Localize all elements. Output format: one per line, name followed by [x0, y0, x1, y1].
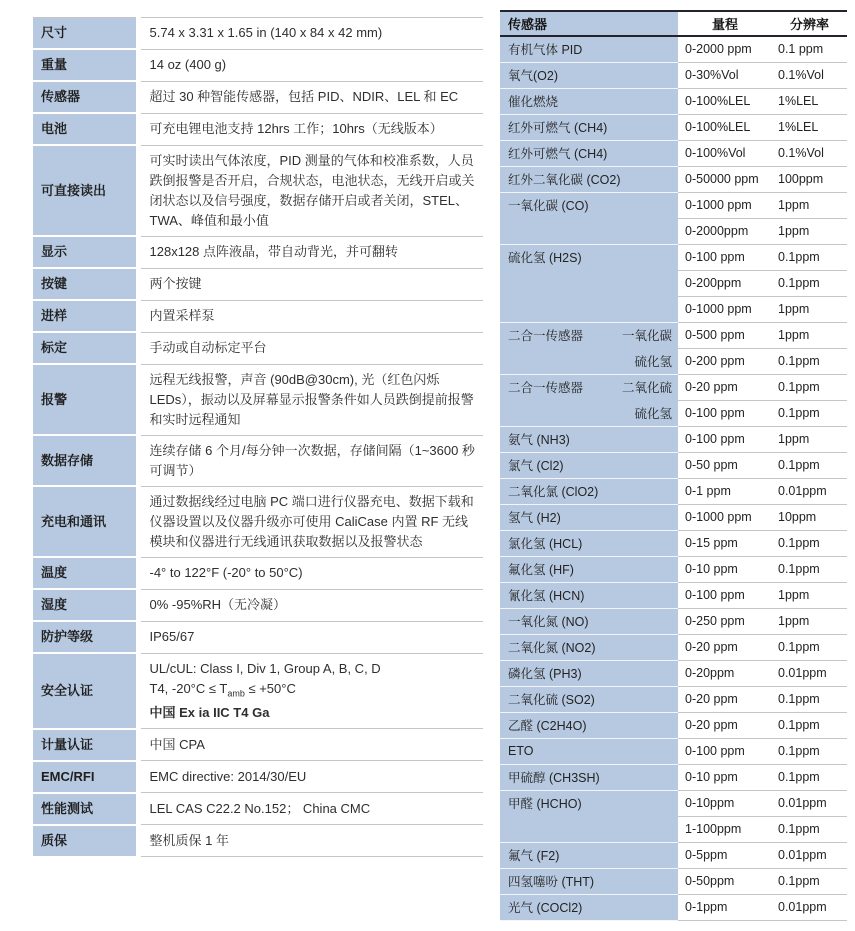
sensor-row: ETO0-100 ppm0.1ppm [500, 738, 847, 764]
sensor-resolution: 0.1ppm [772, 556, 847, 582]
sensor-sub-label: 硫化氢 [508, 352, 672, 370]
sensor-row: 二氧化氯 (ClO2)0-1 ppm0.01ppm [500, 478, 847, 504]
spec-row: 温度-4° to 122°F (-20° to 50°C) [33, 557, 483, 589]
spec-label: 传感器 [33, 81, 138, 113]
sensor-range: 1-100ppm [678, 816, 772, 842]
spec-row: 电池可充电锂电池支持 12hrs 工作；10hrs（无线版本） [33, 113, 483, 145]
sensor-row: 氰化氢 (HCN)0-100 ppm1ppm [500, 582, 847, 608]
sensor-row: 1-100ppm0.1ppm [500, 816, 847, 842]
spec-sheet-page: { "colors": { "cell_blue": "#b7c9e0", "s… [0, 0, 855, 931]
spec-row: 湿度0% -95%RH（无冷凝） [33, 589, 483, 621]
spec-value-line: UL/cUL: Class I, Div 1, Group A, B, C, D [150, 659, 480, 679]
spec-value: 整机质保 1 年 [138, 825, 483, 857]
sensor-resolution: 0.1ppm [772, 738, 847, 764]
spec-row: 质保整机质保 1 年 [33, 825, 483, 857]
sensor-name: 甲硫醇 (CH3SH) [500, 764, 678, 790]
spec-row: 数据存储连续存储 6 个月/每分钟一次数据，存储间隔（1~3600 秒可调节） [33, 435, 483, 486]
sensor-range: 0-20 ppm [678, 374, 772, 400]
sensor-range: 0-50000 ppm [678, 166, 772, 192]
spec-label: 重量 [33, 49, 138, 81]
sensor-row: 有机气体 PID0-2000 ppm0.1 ppm [500, 36, 847, 62]
sensor-row: 氧气(O2)0-30%Vol0.1%Vol [500, 62, 847, 88]
spec-label: 可直接读出 [33, 145, 138, 236]
sensor-resolution: 0.01ppm [772, 790, 847, 816]
sensor-resolution: 0.1ppm [772, 270, 847, 296]
sensor-resolution: 0.1ppm [772, 452, 847, 478]
sensor-resolution: 0.1ppm [772, 634, 847, 660]
spec-value: 中国 CPA [138, 729, 483, 761]
sensor-name: 甲醛 (HCHO) [500, 790, 678, 816]
sensor-range: 0-100%LEL [678, 114, 772, 140]
sensor-range: 0-1 ppm [678, 478, 772, 504]
sensor-name-label: 二合一传感器 [508, 326, 583, 344]
sensor-resolution: 1ppm [772, 296, 847, 322]
sensor-resolution: 1ppm [772, 582, 847, 608]
spec-label: 进样 [33, 300, 138, 332]
sensor-name: 二氧化氯 (ClO2) [500, 478, 678, 504]
sensor-range: 0-20 ppm [678, 634, 772, 660]
sensor-name: 红外可燃气 (CH4) [500, 114, 678, 140]
sensor-table-head: 传感器 量程 分辨率 [500, 11, 847, 36]
spec-label: 计量认证 [33, 729, 138, 761]
sensor-range: 0-500 ppm [678, 322, 772, 348]
sensor-row: 红外可燃气 (CH4)0-100%LEL1%LEL [500, 114, 847, 140]
spec-value: 超过 30 种智能传感器，包括 PID、NDIR、LEL 和 EC [138, 81, 483, 113]
spec-row: 性能测试LEL CAS C22.2 No.152； China CMC [33, 793, 483, 825]
sensor-resolution: 0.1ppm [772, 348, 847, 374]
sensor-range: 0-5ppm [678, 842, 772, 868]
sensor-row: 氯化氢 (HCL)0-15 ppm0.1ppm [500, 530, 847, 556]
spec-label: 防护等级 [33, 621, 138, 653]
sensor-row: 光气 (COCl2)0-1ppm0.01ppm [500, 894, 847, 920]
spec-row: 传感器超过 30 种智能传感器，包括 PID、NDIR、LEL 和 EC [33, 81, 483, 113]
spec-label: EMC/RFI [33, 761, 138, 793]
sensor-range: 0-20ppm [678, 660, 772, 686]
sensor-name: 红外二氧化碳 (CO2) [500, 166, 678, 192]
sensor-resolution: 1%LEL [772, 114, 847, 140]
spec-label: 湿度 [33, 589, 138, 621]
spec-value: 内置采样泵 [138, 300, 483, 332]
sensor-name [500, 816, 678, 842]
sensor-name: 磷化氢 (PH3) [500, 660, 678, 686]
spec-label: 按键 [33, 268, 138, 300]
spec-row: 按键两个按键 [33, 268, 483, 300]
sensor-row: 红外二氧化碳 (CO2)0-50000 ppm100ppm [500, 166, 847, 192]
sensor-range: 0-50ppm [678, 868, 772, 894]
spec-row: 安全认证UL/cUL: Class I, Div 1, Group A, B, … [33, 653, 483, 729]
sensor-table-body: 有机气体 PID0-2000 ppm0.1 ppm氧气(O2)0-30%Vol0… [500, 36, 847, 920]
sensor-resolution: 1ppm [772, 608, 847, 634]
sensor-name [500, 270, 678, 296]
spec-row: 重量14 oz (400 g) [33, 49, 483, 81]
sensor-row: 二合一传感器二氧化硫0-20 ppm0.1ppm [500, 374, 847, 400]
sensor-resolution: 0.1%Vol [772, 140, 847, 166]
spec-row: 充电和通讯通过数据线经过电脑 PC 端口进行仪器充电、数据下载和仪器设置以及仪器… [33, 486, 483, 557]
sensor-range: 0-20 ppm [678, 712, 772, 738]
sensor-range: 0-1000 ppm [678, 192, 772, 218]
spec-label: 温度 [33, 557, 138, 589]
spec-value: 14 oz (400 g) [138, 49, 483, 81]
sensor-row: 硫化氢0-100 ppm0.1ppm [500, 400, 847, 426]
sensor-resolution: 0.1 ppm [772, 36, 847, 62]
spec-row: 防护等级IP65/67 [33, 621, 483, 653]
sensor-resolution: 0.01ppm [772, 842, 847, 868]
sensor-name: 氯化氢 (HCL) [500, 530, 678, 556]
sensor-resolution: 1ppm [772, 322, 847, 348]
spec-value: 手动或自动标定平台 [138, 332, 483, 364]
sensor-row: 氟气 (F2)0-5ppm0.01ppm [500, 842, 847, 868]
sensor-sub-label: 二氧化硫 [622, 378, 672, 396]
spec-row: 尺寸5.74 x 3.31 x 1.65 in (140 x 84 x 42 m… [33, 18, 483, 50]
sensor-resolution: 1ppm [772, 426, 847, 452]
sensor-range: 0-1000 ppm [678, 296, 772, 322]
sensor-list-table: 传感器 量程 分辨率 有机气体 PID0-2000 ppm0.1 ppm氧气(O… [500, 10, 847, 921]
sensor-name-with-sub: 二合一传感器二氧化硫 [508, 378, 672, 396]
sensor-name: ETO [500, 738, 678, 764]
sensor-row: 硫化氢0-200 ppm0.1ppm [500, 348, 847, 374]
sensor-name: 乙醛 (C2H4O) [500, 712, 678, 738]
spec-value: -4° to 122°F (-20° to 50°C) [138, 557, 483, 589]
sensor-name: 氢气 (H2) [500, 504, 678, 530]
spec-table-body: 尺寸5.74 x 3.31 x 1.65 in (140 x 84 x 42 m… [33, 18, 483, 857]
sensor-row: 磷化氢 (PH3)0-20ppm0.01ppm [500, 660, 847, 686]
sensor-range: 0-2000 ppm [678, 36, 772, 62]
sensor-range: 0-10 ppm [678, 764, 772, 790]
sensor-name: 一氧化碳 (CO) [500, 192, 678, 218]
spec-value: 可充电锂电池支持 12hrs 工作；10hrs（无线版本） [138, 113, 483, 145]
sensor-row: 一氧化碳 (CO)0-1000 ppm1ppm [500, 192, 847, 218]
sensor-name: 氟气 (F2) [500, 842, 678, 868]
sensor-resolution: 0.1ppm [772, 764, 847, 790]
sensor-name: 氟化氢 (HF) [500, 556, 678, 582]
spec-value: 5.74 x 3.31 x 1.65 in (140 x 84 x 42 mm) [138, 18, 483, 50]
spec-label: 报警 [33, 364, 138, 435]
sensor-row: 0-2000ppm1ppm [500, 218, 847, 244]
sensor-range: 0-1ppm [678, 894, 772, 920]
sensor-name: 二合一传感器一氧化碳 [500, 322, 678, 348]
spec-value: 通过数据线经过电脑 PC 端口进行仪器充电、数据下载和仪器设置以及仪器升级亦可使… [138, 486, 483, 557]
sensor-resolution: 100ppm [772, 166, 847, 192]
sensor-resolution: 1ppm [772, 192, 847, 218]
sensor-name: 二合一传感器二氧化硫 [500, 374, 678, 400]
sensor-row: 氢气 (H2)0-1000 ppm10ppm [500, 504, 847, 530]
sensor-name: 氰化氢 (HCN) [500, 582, 678, 608]
sensor-name: 氯气 (Cl2) [500, 452, 678, 478]
sensor-name: 光气 (COCl2) [500, 894, 678, 920]
sensor-range: 0-250 ppm [678, 608, 772, 634]
sensor-resolution: 1ppm [772, 218, 847, 244]
spec-value: 远程无线报警，声音 (90dB@30cm), 光（红色闪烁 LEDs），振动以及… [138, 364, 483, 435]
sensor-resolution: 0.1ppm [772, 868, 847, 894]
sensor-name: 二氧化氮 (NO2) [500, 634, 678, 660]
sensor-sub-label: 一氧化碳 [622, 326, 672, 344]
spec-row: 计量认证中国 CPA [33, 729, 483, 761]
sensor-row: 氨气 (NH3)0-100 ppm1ppm [500, 426, 847, 452]
spec-label: 显示 [33, 236, 138, 268]
sensor-range: 0-100 ppm [678, 582, 772, 608]
sensor-range: 0-10ppm [678, 790, 772, 816]
sensor-resolution: 0.1ppm [772, 374, 847, 400]
spec-value: IP65/67 [138, 621, 483, 653]
sensor-range: 0-30%Vol [678, 62, 772, 88]
spec-row: EMC/RFIEMC directive: 2014/30/EU [33, 761, 483, 793]
spec-value: 连续存储 6 个月/每分钟一次数据，存储间隔（1~3600 秒可调节） [138, 435, 483, 486]
sensor-header-row: 传感器 量程 分辨率 [500, 11, 847, 36]
spec-value: EMC directive: 2014/30/EU [138, 761, 483, 793]
sensor-row: 二氧化氮 (NO2)0-20 ppm0.1ppm [500, 634, 847, 660]
spec-row: 报警远程无线报警，声音 (90dB@30cm), 光（红色闪烁 LEDs），振动… [33, 364, 483, 435]
sensor-name: 硫化氢 (H2S) [500, 244, 678, 270]
sensor-row: 红外可燃气 (CH4)0-100%Vol0.1%Vol [500, 140, 847, 166]
sensor-resolution: 10ppm [772, 504, 847, 530]
spec-row: 显示128x128 点阵液晶，带自动背光，并可翻转 [33, 236, 483, 268]
sensor-range: 0-20 ppm [678, 686, 772, 712]
sensor-name: 一氧化氮 (NO) [500, 608, 678, 634]
sensor-resolution: 0.1ppm [772, 400, 847, 426]
sensor-name: 硫化氢 [500, 348, 678, 374]
sensor-resolution: 0.1ppm [772, 530, 847, 556]
sensor-range: 0-200ppm [678, 270, 772, 296]
sensor-row: 一氧化氮 (NO)0-250 ppm1ppm [500, 608, 847, 634]
sensor-column-header: 传感器 [500, 11, 678, 36]
spec-value: 128x128 点阵液晶，带自动背光，并可翻转 [138, 236, 483, 268]
sensor-name-with-sub: 二合一传感器一氧化碳 [508, 326, 672, 344]
sensor-sub-label: 硫化氢 [508, 404, 672, 422]
spec-label: 尺寸 [33, 18, 138, 50]
sensor-row: 甲硫醇 (CH3SH)0-10 ppm0.1ppm [500, 764, 847, 790]
spec-value: UL/cUL: Class I, Div 1, Group A, B, C, D… [138, 653, 483, 729]
sensor-name: 红外可燃气 (CH4) [500, 140, 678, 166]
spec-value: 两个按键 [138, 268, 483, 300]
sensor-name: 四氢噻吩 (THT) [500, 868, 678, 894]
spec-label: 安全认证 [33, 653, 138, 729]
spec-value-line: T4, -20°C ≤ Tamb ≤ +50°C [150, 679, 480, 704]
resolution-column-header: 分辨率 [772, 11, 847, 36]
sensor-row: 0-200ppm0.1ppm [500, 270, 847, 296]
spec-label: 电池 [33, 113, 138, 145]
sensor-range: 0-10 ppm [678, 556, 772, 582]
spec-label: 质保 [33, 825, 138, 857]
spec-row: 标定手动或自动标定平台 [33, 332, 483, 364]
sensor-range: 0-1000 ppm [678, 504, 772, 530]
spec-value: 0% -95%RH（无冷凝） [138, 589, 483, 621]
sensor-name: 二氧化硫 (SO2) [500, 686, 678, 712]
sensor-range: 0-100 ppm [678, 400, 772, 426]
spec-row: 可直接读出可实时读出气体浓度，PID 测量的气体和校准系数，人员跌倒报警是否开启… [33, 145, 483, 236]
sensor-resolution: 0.1ppm [772, 244, 847, 270]
sensor-range: 0-100 ppm [678, 244, 772, 270]
spec-value-line: 中国 Ex ia IIC T4 Ga [150, 703, 480, 723]
sensor-name: 硫化氢 [500, 400, 678, 426]
sensor-resolution: 0.1ppm [772, 712, 847, 738]
sensor-name: 催化燃烧 [500, 88, 678, 114]
sensor-range: 0-2000ppm [678, 218, 772, 244]
sensor-resolution: 0.01ppm [772, 660, 847, 686]
sensor-row: 催化燃烧0-100%LEL1%LEL [500, 88, 847, 114]
sensor-resolution: 1%LEL [772, 88, 847, 114]
sensor-range: 0-100%LEL [678, 88, 772, 114]
device-spec-table: 尺寸5.74 x 3.31 x 1.65 in (140 x 84 x 42 m… [33, 17, 483, 858]
spec-row: 进样内置采样泵 [33, 300, 483, 332]
sensor-range: 0-50 ppm [678, 452, 772, 478]
spec-label: 标定 [33, 332, 138, 364]
sensor-name: 氨气 (NH3) [500, 426, 678, 452]
sensor-range: 0-15 ppm [678, 530, 772, 556]
sensor-resolution: 0.01ppm [772, 894, 847, 920]
spec-value: 可实时读出气体浓度，PID 测量的气体和校准系数，人员跌倒报警是否开启，合规状态… [138, 145, 483, 236]
spec-value: LEL CAS C22.2 No.152； China CMC [138, 793, 483, 825]
sensor-range: 0-100 ppm [678, 426, 772, 452]
sensor-row: 乙醛 (C2H4O)0-20 ppm0.1ppm [500, 712, 847, 738]
sensor-row: 甲醛 (HCHO)0-10ppm0.01ppm [500, 790, 847, 816]
sensor-resolution: 0.1ppm [772, 816, 847, 842]
sensor-range: 0-100%Vol [678, 140, 772, 166]
sensor-resolution: 0.1%Vol [772, 62, 847, 88]
spec-label: 性能测试 [33, 793, 138, 825]
sensor-name [500, 218, 678, 244]
sensor-row: 氟化氢 (HF)0-10 ppm0.1ppm [500, 556, 847, 582]
sensor-row: 四氢噻吩 (THT)0-50ppm0.1ppm [500, 868, 847, 894]
sensor-name-label: 二合一传感器 [508, 378, 583, 396]
sensor-row: 氯气 (Cl2)0-50 ppm0.1ppm [500, 452, 847, 478]
sensor-row: 0-1000 ppm1ppm [500, 296, 847, 322]
sensor-range: 0-200 ppm [678, 348, 772, 374]
spec-label: 充电和通讯 [33, 486, 138, 557]
sensor-row: 硫化氢 (H2S)0-100 ppm0.1ppm [500, 244, 847, 270]
sensor-resolution: 0.01ppm [772, 478, 847, 504]
sensor-row: 二氧化硫 (SO2)0-20 ppm0.1ppm [500, 686, 847, 712]
range-column-header: 量程 [678, 11, 772, 36]
sensor-name: 有机气体 PID [500, 36, 678, 62]
spec-label: 数据存储 [33, 435, 138, 486]
sensor-resolution: 0.1ppm [772, 686, 847, 712]
sensor-range: 0-100 ppm [678, 738, 772, 764]
sensor-name: 氧气(O2) [500, 62, 678, 88]
sensor-name [500, 296, 678, 322]
sensor-row: 二合一传感器一氧化碳0-500 ppm1ppm [500, 322, 847, 348]
